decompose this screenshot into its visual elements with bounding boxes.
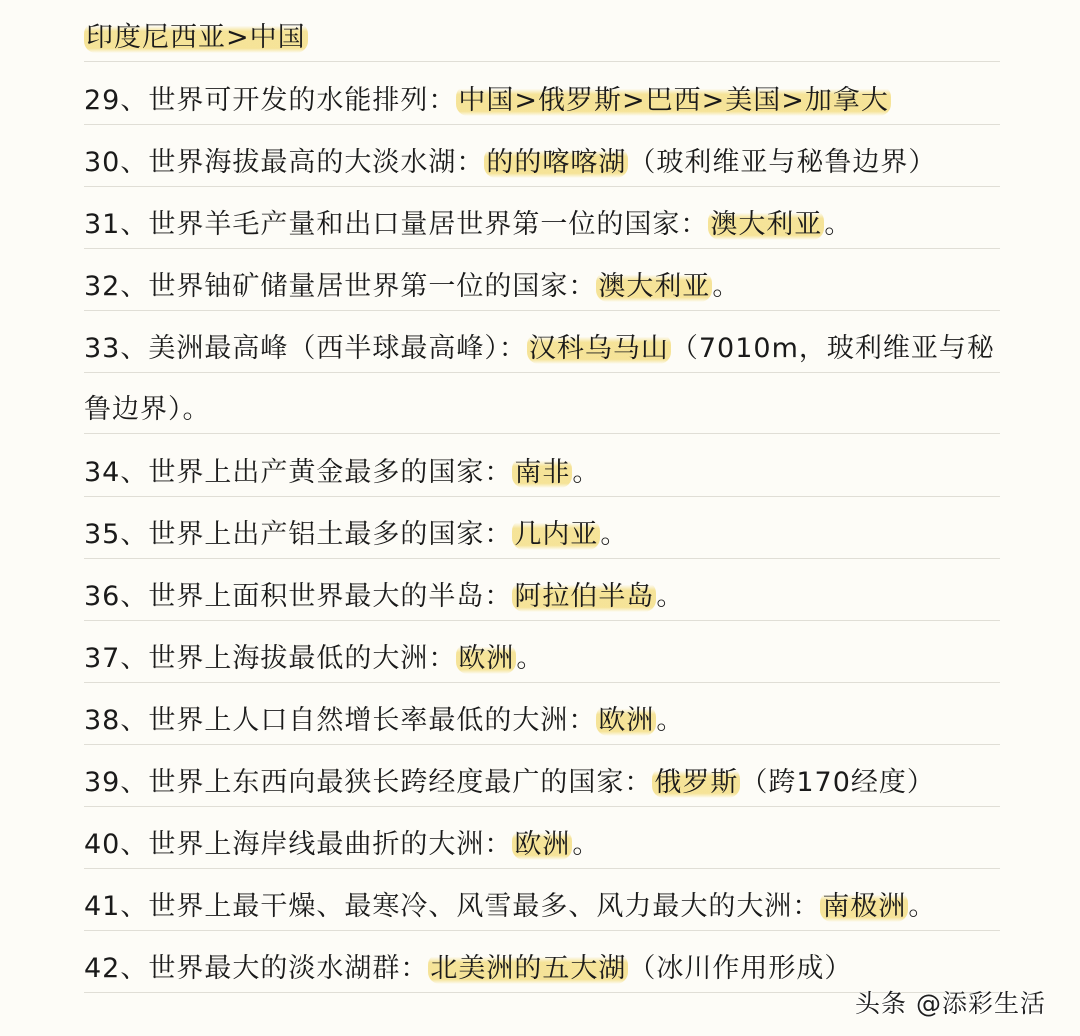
note-line-29: 29、世界可开发的水能排列：中国>俄罗斯>巴西>美国>加拿大	[84, 63, 1000, 125]
line-prefix: 34、世界上出产黄金最多的国家：	[84, 457, 512, 488]
line-suffix: （跨170经度）	[740, 767, 935, 798]
line-suffix: （7010m，玻利维亚与秘	[671, 333, 995, 364]
line-suffix: 。	[572, 457, 600, 488]
line-suffix: 。	[656, 705, 684, 736]
note-line-continuation: 印度尼西亚>中国	[84, 0, 1000, 62]
line-text: 36、世界上面积世界最大的半岛：阿拉伯半岛。	[84, 580, 684, 614]
highlighted-answer: 南极洲	[820, 891, 908, 922]
note-line-31: 31、世界羊毛产量和出口量居世界第一位的国家：澳大利亚。	[84, 187, 1000, 249]
highlighted-answer: 的的喀喀湖	[484, 147, 628, 178]
highlighted-answer: 欧洲	[512, 829, 572, 860]
line-text: 32、世界铀矿储量居世界第一位的国家：澳大利亚。	[84, 270, 740, 304]
line-prefix: 31、世界羊毛产量和出口量居世界第一位的国家：	[84, 209, 708, 240]
note-line-39: 39、世界上东西向最狭长跨经度最广的国家：俄罗斯（跨170经度）	[84, 745, 1000, 807]
line-prefix: 41、世界上最干燥、最寒冷、风雪最多、风力最大的大洲：	[84, 891, 820, 922]
note-line-30: 30、世界海拔最高的大淡水湖：的的喀喀湖（玻利维亚与秘鲁边界）	[84, 125, 1000, 187]
note-line-40: 40、世界上海岸线最曲折的大洲：欧洲。	[84, 807, 1000, 869]
line-text: 37、世界上海拔最低的大洲：欧洲。	[84, 642, 544, 676]
line-text: 鲁边界）。	[84, 393, 211, 427]
highlighted-answer: 汉科乌马山	[527, 333, 671, 364]
line-prefix: 33、美洲最高峰（西半球最高峰）：	[84, 333, 527, 364]
line-prefix: 40、世界上海岸线最曲折的大洲：	[84, 829, 512, 860]
line-suffix: 。	[824, 209, 852, 240]
line-suffix: （玻利维亚与秘鲁边界）	[628, 147, 936, 178]
line-text: 31、世界羊毛产量和出口量居世界第一位的国家：澳大利亚。	[84, 208, 852, 242]
line-text: 39、世界上东西向最狭长跨经度最广的国家：俄罗斯（跨170经度）	[84, 766, 935, 800]
line-prefix: 38、世界上人口自然增长率最低的大洲：	[84, 705, 596, 736]
highlighted-answer: 印度尼西亚>中国	[84, 22, 308, 53]
note-line-33-continued: 鲁边界）。	[84, 372, 1000, 434]
note-line-37: 37、世界上海拔最低的大洲：欧洲。	[84, 621, 1000, 683]
note-line-32: 32、世界铀矿储量居世界第一位的国家：澳大利亚。	[84, 249, 1000, 311]
note-line-41: 41、世界上最干燥、最寒冷、风雪最多、风力最大的大洲：南极洲。	[84, 869, 1000, 931]
line-prefix: 35、世界上出产铝土最多的国家：	[84, 519, 512, 550]
note-line-34: 34、世界上出产黄金最多的国家：南非。	[84, 435, 1000, 497]
line-text: 35、世界上出产铝土最多的国家：几内亚。	[84, 518, 628, 552]
line-text: 30、世界海拔最高的大淡水湖：的的喀喀湖（玻利维亚与秘鲁边界）	[84, 146, 936, 180]
highlighted-answer: 俄罗斯	[652, 767, 740, 798]
highlighted-answer: 澳大利亚	[708, 209, 824, 240]
note-line-35: 35、世界上出产铝土最多的国家：几内亚。	[84, 497, 1000, 559]
line-text: 33、美洲最高峰（西半球最高峰）：汉科乌马山（7010m，玻利维亚与秘	[84, 332, 995, 366]
highlighted-answer: 南非	[512, 457, 572, 488]
watermark: 头条 @添彩生活	[855, 984, 1046, 1020]
highlighted-answer: 欧洲	[596, 705, 656, 736]
note-line-36: 36、世界上面积世界最大的半岛：阿拉伯半岛。	[84, 559, 1000, 621]
line-suffix: 。	[516, 643, 544, 674]
line-text: 41、世界上最干燥、最寒冷、风雪最多、风力最大的大洲：南极洲。	[84, 890, 936, 924]
line-text: 印度尼西亚>中国	[84, 21, 308, 55]
highlighted-answer: 北美洲的五大湖	[428, 953, 628, 984]
highlighted-answer: 欧洲	[456, 643, 516, 674]
line-suffix: 。	[656, 581, 684, 612]
line-suffix: 。	[712, 271, 740, 302]
line-prefix: 32、世界铀矿储量居世界第一位的国家：	[84, 271, 596, 302]
notebook-page: 印度尼西亚>中国 29、世界可开发的水能排列：中国>俄罗斯>巴西>美国>加拿大 …	[0, 0, 1080, 1036]
line-text: 40、世界上海岸线最曲折的大洲：欧洲。	[84, 828, 600, 862]
line-text: 29、世界可开发的水能排列：中国>俄罗斯>巴西>美国>加拿大	[84, 84, 891, 118]
note-line-38: 38、世界上人口自然增长率最低的大洲：欧洲。	[84, 683, 1000, 745]
line-prefix: 39、世界上东西向最狭长跨经度最广的国家：	[84, 767, 652, 798]
line-text: 38、世界上人口自然增长率最低的大洲：欧洲。	[84, 704, 684, 738]
note-line-33: 33、美洲最高峰（西半球最高峰）：汉科乌马山（7010m，玻利维亚与秘	[84, 311, 1000, 373]
line-suffix: 。	[572, 829, 600, 860]
highlighted-answer: 中国>俄罗斯>巴西>美国>加拿大	[456, 85, 891, 116]
highlighted-answer: 澳大利亚	[596, 271, 712, 302]
line-prefix: 37、世界上海拔最低的大洲：	[84, 643, 456, 674]
line-text: 34、世界上出产黄金最多的国家：南非。	[84, 456, 600, 490]
line-prefix: 36、世界上面积世界最大的半岛：	[84, 581, 512, 612]
line-prefix: 30、世界海拔最高的大淡水湖：	[84, 147, 484, 178]
line-text: 42、世界最大的淡水湖群：北美洲的五大湖（冰川作用形成）	[84, 952, 852, 986]
line-prefix: 42、世界最大的淡水湖群：	[84, 953, 428, 984]
line-suffix: 。	[600, 519, 628, 550]
highlighted-answer: 阿拉伯半岛	[512, 581, 656, 612]
line-suffix: （冰川作用形成）	[628, 953, 852, 984]
highlighted-answer: 几内亚	[512, 519, 600, 550]
line-prefix: 鲁边界）。	[84, 394, 211, 425]
line-suffix: 。	[908, 891, 936, 922]
line-prefix: 29、世界可开发的水能排列：	[84, 85, 456, 116]
